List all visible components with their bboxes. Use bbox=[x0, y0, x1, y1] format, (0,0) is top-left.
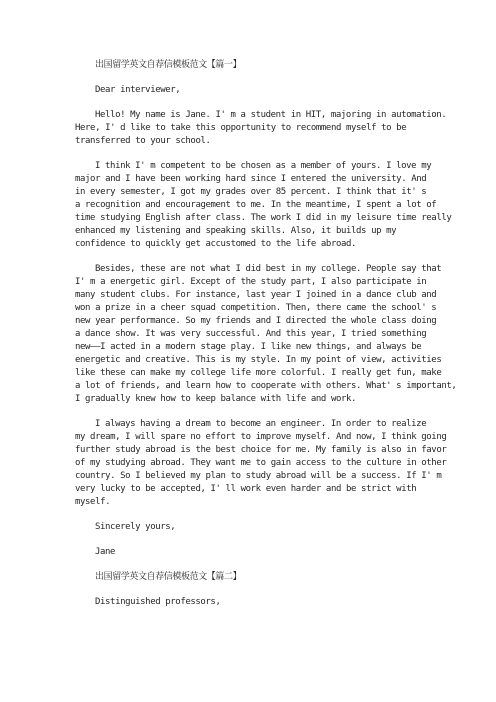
paragraph-text-line: of my studying abroad. They want me to g… bbox=[75, 457, 455, 470]
paragraph-text-line: confidence to quickly get accustomed to … bbox=[75, 238, 455, 251]
paragraph-text-line: country. So I believed my plan to study … bbox=[75, 470, 455, 483]
closing-text-line: Sincerely yours, bbox=[75, 521, 455, 534]
paragraph-text-line: a dance show. It was very successful. An… bbox=[75, 328, 455, 341]
paragraph-text-line: my dream, I will spare no effort to impr… bbox=[75, 431, 455, 444]
salutation-text-line: Distinguished professors, bbox=[75, 596, 455, 609]
paragraph-text-line: further study abroad is the best choice … bbox=[75, 444, 455, 457]
paragraph-block: I always having a dream to become an eng… bbox=[75, 418, 455, 509]
heading-block: 出国留学英文自荐信模板范文【篇二】 bbox=[75, 571, 455, 584]
paragraph-text-line: new year performance. So my friends and … bbox=[75, 315, 455, 328]
paragraph-block: I think I' m competent to be chosen as a… bbox=[75, 160, 455, 251]
salutation-text-line: Dear interviewer, bbox=[75, 84, 455, 97]
letter-text-body: 出国留学英文自荐信模板范文【篇一】Dear interviewer,Hello!… bbox=[75, 59, 455, 621]
paragraph-text-line: in every semester, I got my grades over … bbox=[75, 186, 455, 199]
paragraph-text-line: Hello! My name is Jane. I' m a student i… bbox=[75, 109, 455, 122]
paragraph-block: Besides, these are not what I did best i… bbox=[75, 263, 455, 406]
paragraph-text-line: transferred to your school. bbox=[75, 135, 455, 148]
paragraph-text-line: many student clubs. For instance, last y… bbox=[75, 289, 455, 302]
heading-text-line: 出国留学英文自荐信模板范文【篇二】 bbox=[75, 571, 455, 584]
document-page: 出国留学英文自荐信模板范文【篇一】Dear interviewer,Hello!… bbox=[0, 0, 496, 702]
paragraph-text-line: won a prize in a cheer squad competition… bbox=[75, 302, 455, 315]
paragraph-text-line: a lot of friends, and learn how to coope… bbox=[75, 380, 455, 393]
signature-block: Jane bbox=[75, 546, 455, 559]
paragraph-text-line: I always having a dream to become an eng… bbox=[75, 418, 455, 431]
paragraph-text-line: Besides, these are not what I did best i… bbox=[75, 263, 455, 276]
paragraph-text-line: I gradually knew how to keep balance wit… bbox=[75, 393, 455, 406]
signature-text-line: Jane bbox=[75, 546, 455, 559]
paragraph-text-line: major and I have been working hard since… bbox=[75, 173, 455, 186]
salutation-block: Distinguished professors, bbox=[75, 596, 455, 609]
closing-block: Sincerely yours, bbox=[75, 521, 455, 534]
salutation-block: Dear interviewer, bbox=[75, 84, 455, 97]
paragraph-text-line: Here, I' d like to take this opportunity… bbox=[75, 122, 455, 135]
paragraph-text-line: I think I' m competent to be chosen as a… bbox=[75, 160, 455, 173]
paragraph-text-line: I' m a energetic girl. Except of the stu… bbox=[75, 276, 455, 289]
paragraph-text-line: time studying English after class. The w… bbox=[75, 212, 455, 225]
heading-text-line: 出国留学英文自荐信模板范文【篇一】 bbox=[75, 59, 455, 72]
paragraph-block: Hello! My name is Jane. I' m a student i… bbox=[75, 109, 455, 148]
paragraph-text-line: energetic and creative. This is my style… bbox=[75, 354, 455, 367]
heading-block: 出国留学英文自荐信模板范文【篇一】 bbox=[75, 59, 455, 72]
paragraph-text-line: a recognition and encouragement to me. I… bbox=[75, 199, 455, 212]
paragraph-text-line: new——I acted in a modern stage play. I l… bbox=[75, 341, 455, 354]
paragraph-text-line: enhanced my listening and speaking skill… bbox=[75, 225, 455, 238]
paragraph-text-line: myself. bbox=[75, 496, 455, 509]
paragraph-text-line: like these can make my college life more… bbox=[75, 367, 455, 380]
paragraph-text-line: very lucky to be accepted, I' ll work ev… bbox=[75, 483, 455, 496]
